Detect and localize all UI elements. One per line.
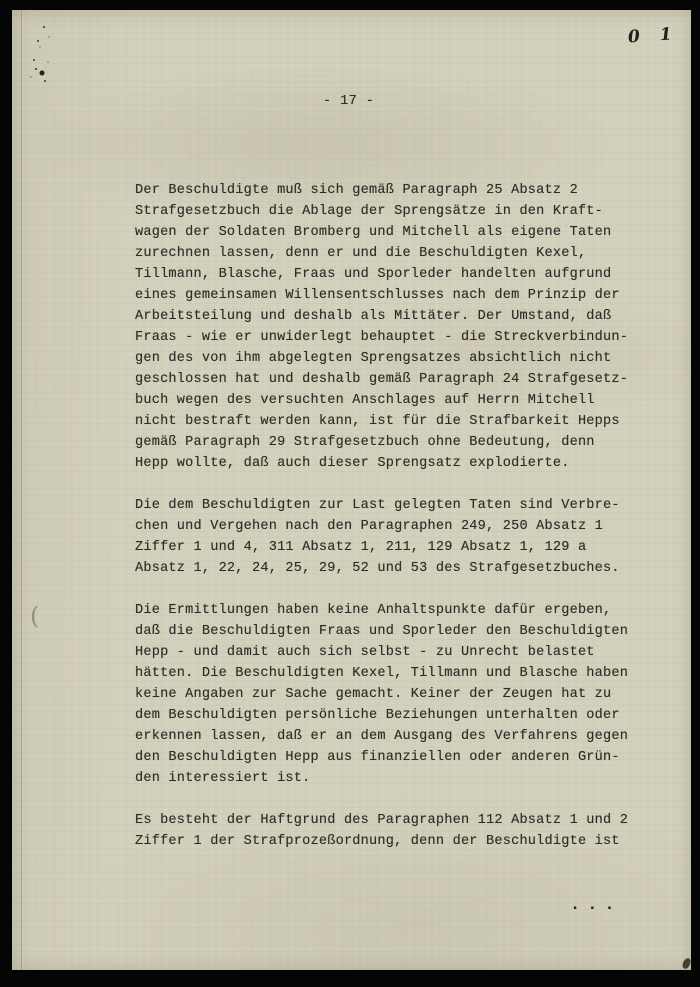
margin-paren-mark: ( [30,602,39,630]
paragraph-3: Die Ermittlungen haben keine Anhaltspunk… [135,600,640,789]
page-number: - 17 - [323,94,374,109]
paragraph-2: Die dem Beschuldigten zur Last gelegten … [135,495,640,579]
document-page: 0 1 - 17 - ( Der Beschuldigte muß sich g… [12,10,691,970]
paragraph-1: Der Beschuldigte muß sich gemäß Paragrap… [135,180,640,474]
ink-speckles [12,10,14,12]
paragraph-4: Es besteht der Haftgrund des Paragraphen… [135,810,640,852]
corner-smudge [681,957,691,970]
trailing-dots: ... [570,896,622,915]
body-text: Der Beschuldigte muß sich gemäß Paragrap… [135,180,640,873]
handwritten-mark: 0 1 [627,25,672,48]
scan-black-border: { "document": { "handwritten_mark": "0 1… [0,0,700,987]
